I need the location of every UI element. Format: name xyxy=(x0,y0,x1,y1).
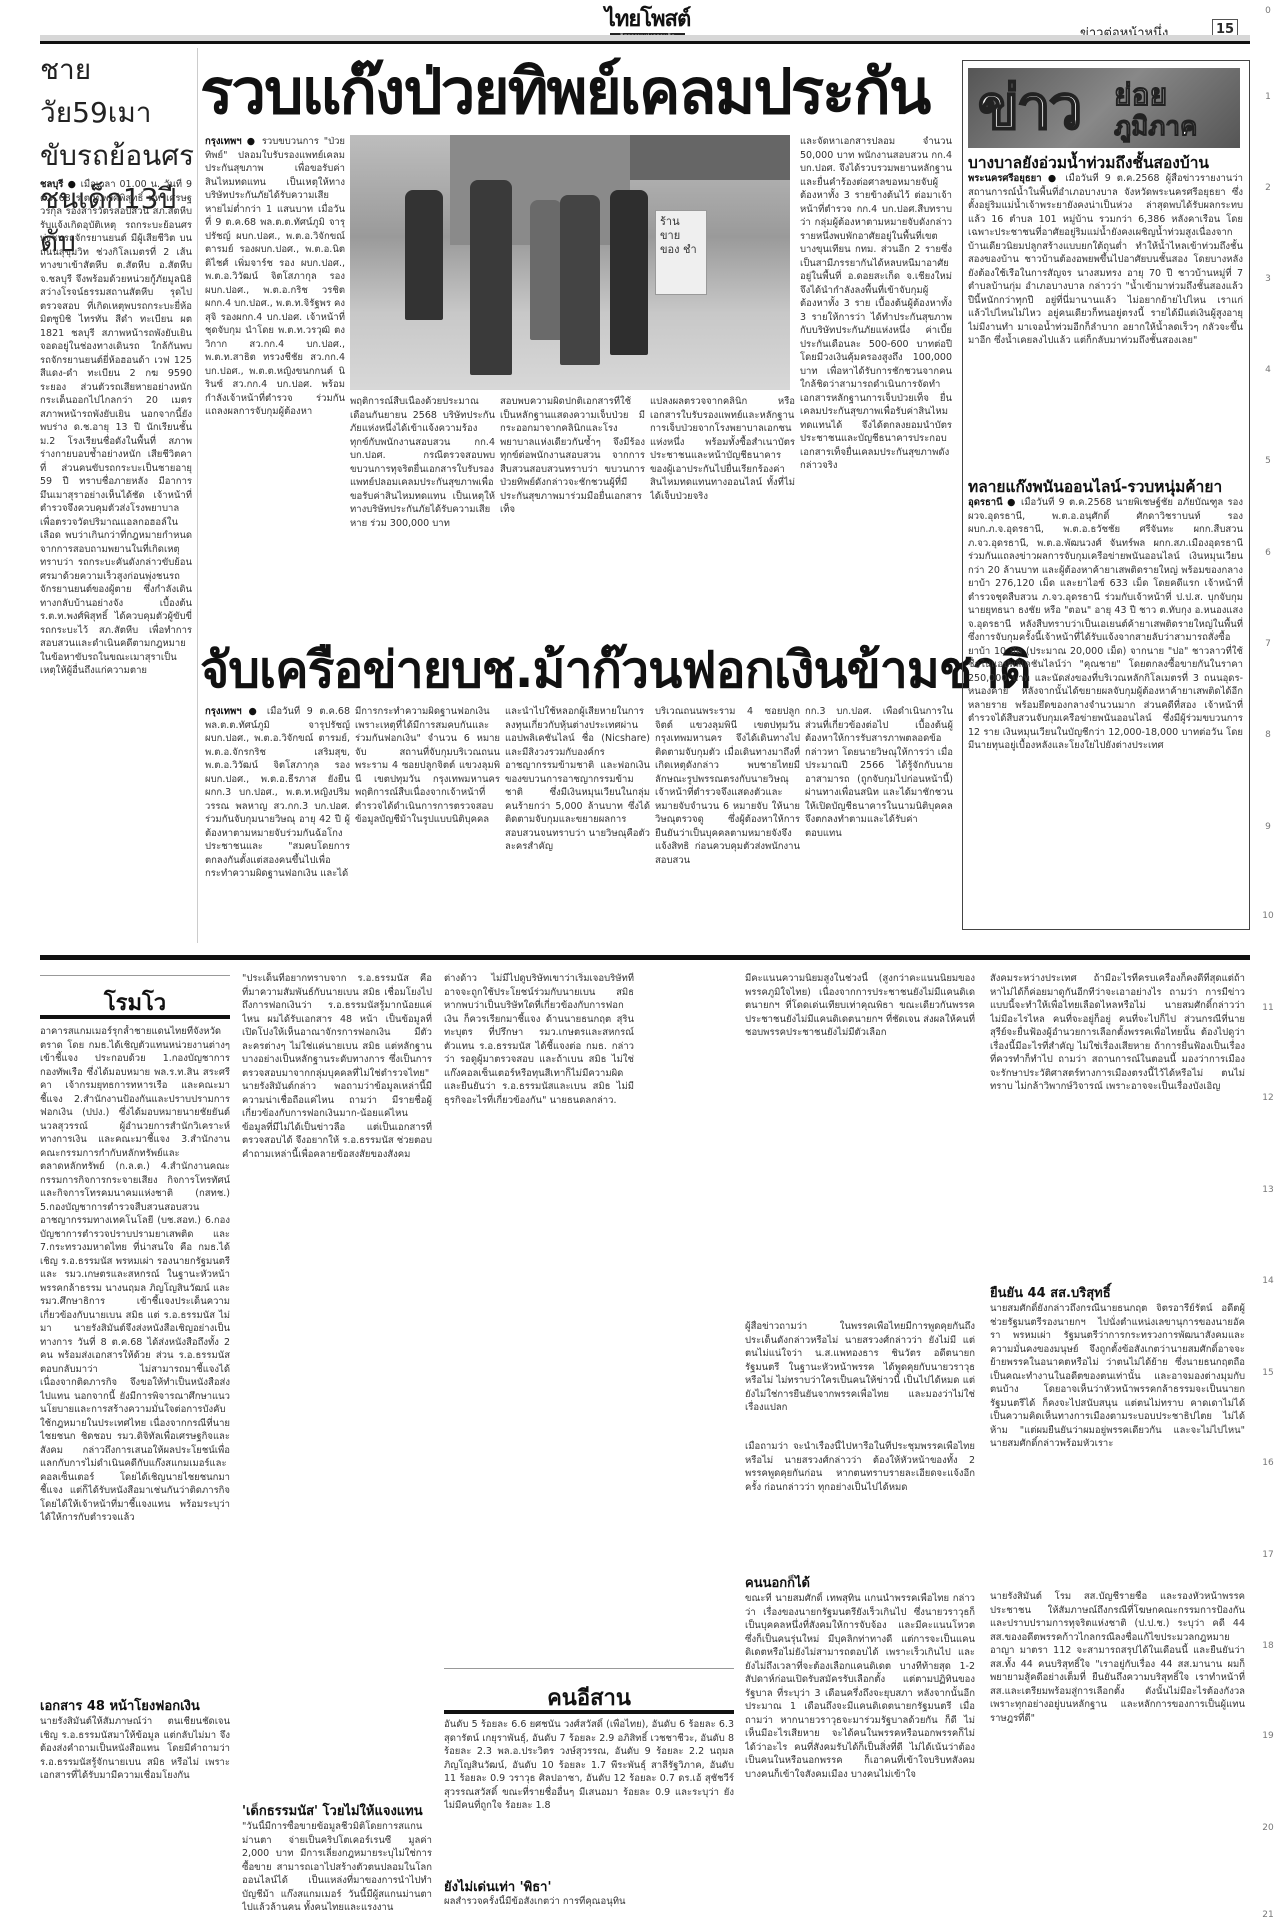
politics-subhead: คนนอกก็ได้ xyxy=(745,1572,975,1593)
news-photo: ร้าน ขาย ของ ชำ xyxy=(350,135,790,390)
ruler-mark: 14 xyxy=(1253,1276,1283,1286)
banner-main-text: ข่าว xyxy=(978,70,1080,146)
right-subhead: ยืนยัน 44 สส.บริสุทธิ์ xyxy=(990,1282,1245,1303)
insurance-col-5: และจัดหาเอกสารปลอม จำนวน 50,000 บาท พนัก… xyxy=(800,135,952,635)
regional-story-body: อุดรธานี ● เมื่อวันที่ 9 ต.ค.2568 นายพิเ… xyxy=(968,496,1243,924)
politics-body-4: ขณะที่ นายสมศักดิ์ เทพสุทิน แกนนำพรรคเพื… xyxy=(745,1592,975,1917)
regional-story-body: พระนครศรีอยุธยา ● เมื่อวันที่ 9 ต.ค.2568… xyxy=(968,172,1243,472)
photo-person xyxy=(530,200,562,340)
column-divider xyxy=(197,48,198,943)
romo-subhead-1: เอกสาร 48 หน้าโยงฟอกเงิน xyxy=(40,1695,230,1716)
ruler-mark: 11 xyxy=(1253,1003,1283,1013)
insurance-col-3: สอบพบความผิดปกติเอกสารที่ใช้เป็นหลักฐานแ… xyxy=(500,395,645,635)
insurance-col-4: แปลงผลตรวจจากคลินิก หรือเอกสารใบรับรองแพ… xyxy=(650,395,795,635)
dateline: พระนครศรีอยุธยา ● xyxy=(968,173,1059,184)
isan-body-2: อันดับ 5 ร้อยละ 6.6 ยศชนัน วงศ์สวัสดิ์ (… xyxy=(444,1718,734,1828)
laundering-col-2: มีการกระทำความผิดฐานฟอกเงินเพราะเหตุที่ไ… xyxy=(355,705,500,943)
dateline: อุดรธานี ● xyxy=(968,497,1017,508)
ruler-mark: 6 xyxy=(1253,548,1283,558)
politics-body-3: เมื่อถามว่า จะนำเรื่องนี้ไปหารือในที่ประ… xyxy=(745,1440,975,1570)
isan-body-1: ต่างด้าว ไม่มีไปดูบริษัทเขาว่าเริ่มเจอบร… xyxy=(444,972,634,1612)
ruler-mark: 9 xyxy=(1253,822,1283,832)
dateline: ชลบุรี ● xyxy=(40,179,77,190)
photo-shop-sign: ร้าน ขาย ของ ชำ xyxy=(655,210,707,295)
romo-body-3: "ประเด็นที่อยากทราบจาก ร.อ.ธรรมนัส คือที… xyxy=(242,972,432,1692)
laundering-col-4: บริเวณถนนพระราม 4 ซอยปลูกจิตต์ แขวงลุมพิ… xyxy=(655,705,800,943)
ruler-mark: 19 xyxy=(1253,1731,1283,1741)
drunk-driver-body: ชลบุรี ● เมื่อเวลา 01.00 น. วันที่ 9 ต.ค… xyxy=(40,178,192,942)
romo-subhead-2: 'เด็กธรรมนัส' โวยไม่ให้แจงแทน xyxy=(242,1800,437,1821)
politics-body-1: มีคะแนนความนิยมสูงในช่วงนี้ (สูงกว่าคะแน… xyxy=(745,972,975,1312)
ruler-mark: 1 xyxy=(1253,92,1283,102)
isan-subhead: ยังไม่เด่นเท่า 'พิธา' xyxy=(444,1876,734,1897)
headline-line: ชายวัย59เมา xyxy=(40,48,195,134)
ruler-mark: 10 xyxy=(1253,911,1283,921)
ruler-mark: 4 xyxy=(1253,365,1283,375)
ruler-mark: 20 xyxy=(1253,1823,1283,1833)
headline-line: ขับรถย้อนศร xyxy=(40,134,195,177)
ruler-mark: 21 xyxy=(1253,1910,1283,1920)
column-rule xyxy=(40,975,230,976)
photo-person xyxy=(560,195,600,365)
ruler-mark: 2 xyxy=(1253,183,1283,193)
insurance-col-2: พฤติการณ์สืบเนื่องด้วยประมาณเดือนกันยายน… xyxy=(350,395,495,635)
ruler-mark: 17 xyxy=(1253,1550,1283,1560)
insurance-col-1: กรุงเทพฯ ● รวบขบวนการ "ป่วยทิพย์" ปลอมใบ… xyxy=(205,135,345,635)
header-rule-dark xyxy=(40,41,1250,44)
ruler-mark: 15 xyxy=(1253,1368,1283,1378)
ruler-mark: 18 xyxy=(1253,1641,1283,1651)
article-text: รวบขบวนการ "ป่วยทิพย์" ปลอมใบรับรองแพทย์… xyxy=(205,136,345,417)
photo-person xyxy=(405,190,443,320)
isan-body-3: ผลสำรวจครั้งนี้มีข้อสังเกตว่า การที่คุณอ… xyxy=(444,1895,734,1917)
dateline: กรุงเทพฯ ● xyxy=(205,136,257,147)
photo-awning xyxy=(630,135,790,180)
article-text: เมื่อวันที่ 9 ต.ค.68 พล.ต.ต.ทัศน์ภูมิ จา… xyxy=(205,706,350,879)
column-rule xyxy=(444,1668,734,1669)
insurance-gang-headline: รวบแก๊งป่วยทิพย์เคลมประกัน xyxy=(200,54,955,130)
article-text: เมื่อเวลา 01.00 น. วันที่ 9 ต.ค.68 ร.ต.ท… xyxy=(40,179,192,676)
romo-body-1: อาคารสแกมเมอร์รุกล้ำชายแดนไทยที่จังหวัดต… xyxy=(40,1025,230,1693)
romo-body-2: นายรังสิมันต์ให้สัมภาษณ์ว่า ตนเชียนชัดเจ… xyxy=(40,1715,230,1915)
laundering-col-3: และนำไปใช้หลอกผู้เสียหายในการลงทุนเกี่ยว… xyxy=(505,705,650,943)
politics-body-2: ผู้สื่อข่าวถามว่า ในพรรคเพื่อไทยมีการพูด… xyxy=(745,1320,975,1430)
laundering-col-1: กรุงเทพฯ ● เมื่อวันที่ 9 ต.ค.68 พล.ต.ต.ท… xyxy=(205,705,350,943)
photo-person xyxy=(610,190,648,355)
page-ruler: 0 1 2 3 4 5 6 7 8 9 10 11 12 13 14 15 16… xyxy=(1253,0,1283,1920)
ruler-mark: 0 xyxy=(1253,6,1283,16)
right-body-1: สังคมระหว่างประเทศ ถ้ามีอะไรที่ครบเครื่อ… xyxy=(990,972,1245,1262)
ruler-mark: 8 xyxy=(1253,730,1283,740)
laundering-col-5: กก.3 บก.ปอศ. เพื่อดำเนินการในส่วนที่เกี่… xyxy=(805,705,953,943)
column-rule xyxy=(40,1015,230,1019)
banner-sub-text: ภูมิภาค xyxy=(1114,106,1197,147)
ruler-mark: 5 xyxy=(1253,456,1283,466)
logo-text: ไทยโพสต์ xyxy=(600,8,695,32)
article-text: เมื่อวันที่ 9 ต.ค.2568 นายพิเชษฐ์ชัย อภั… xyxy=(968,497,1243,751)
dateline: กรุงเทพฯ ● xyxy=(205,706,260,717)
column-rule xyxy=(444,1710,734,1714)
ruler-mark: 7 xyxy=(1253,639,1283,649)
ruler-mark: 3 xyxy=(1253,274,1283,284)
article-text: เมื่อวันที่ 9 ต.ค.2568 ผู้สื่อข่าวรายงาน… xyxy=(968,173,1243,346)
money-laundering-headline: จับเครือข่ายบช.ม้าก๊วนฟอกเงินข้ามชาติ xyxy=(200,640,955,700)
ruler-mark: 12 xyxy=(1253,1093,1283,1103)
photo-person xyxy=(470,180,512,375)
right-body-3: นายรังสิมันต์ โรม สส.บัญชีรายชื่อ และรอง… xyxy=(990,1590,1245,1917)
ruler-mark: 13 xyxy=(1253,1185,1283,1195)
right-body-2: นายสมศักดิ์ยังกล่าวถึงกรณีนายธนกฤต จิตรอ… xyxy=(990,1302,1245,1582)
regional-news-banner: ข่าว ย่อย ภูมิภาค xyxy=(968,68,1240,148)
romo-body-4: "วันนี้มีการซื้อขายข้อมูลชีวมิติโดยการสแ… xyxy=(242,1820,432,1915)
section-divider xyxy=(40,955,1250,960)
ruler-mark: 16 xyxy=(1253,1458,1283,1468)
